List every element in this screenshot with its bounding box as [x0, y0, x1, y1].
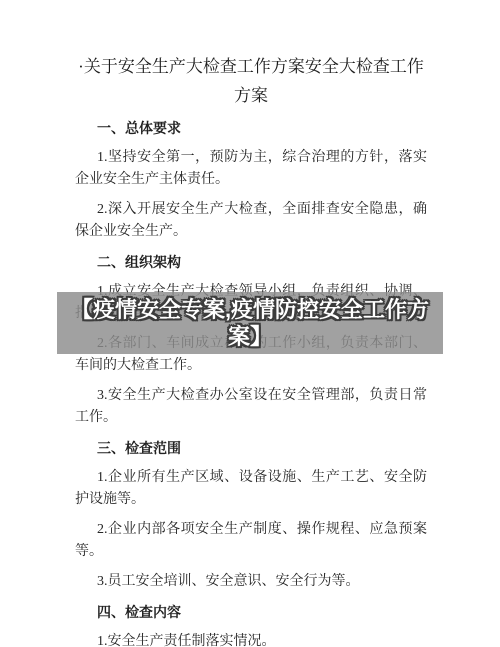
section-heading: 一、总体要求: [75, 117, 427, 139]
paragraph: 3.安全生产大检查办公室设在安全管理部，负责日常工作。: [75, 385, 427, 429]
paragraph: 1.坚持安全第一，预防为主，综合治理的方针，落实企业安全生产主体责任。: [75, 147, 427, 191]
section-heading: 二、组织架构: [75, 251, 427, 273]
paragraph: 1.安全生产责任制落实情况。: [75, 631, 427, 647]
watermark-overlay-band: 【疫情安全专案,疫情防控安全工作方案】: [57, 292, 443, 354]
document-page: ·关于安全生产大检查工作方案安全大检查工作方案 一、总体要求 1.坚持安全第一，…: [0, 0, 500, 647]
paragraph: 1.企业所有生产区域、设备设施、生产工艺、安全防护设施等。: [75, 467, 427, 511]
section-overall-requirements: 一、总体要求 1.坚持安全第一，预防为主，综合治理的方针，落实企业安全生产主体责…: [75, 117, 427, 243]
document-title: ·关于安全生产大检查工作方案安全大检查工作方案: [72, 52, 430, 110]
paragraph: 3.员工安全培训、安全意识、安全行为等。: [75, 571, 427, 593]
paragraph: 2.企业内部各项安全生产制度、操作规程、应急预案等。: [75, 519, 427, 563]
section-inspection-scope: 三、检查范围 1.企业所有生产区域、设备设施、生产工艺、安全防护设施等。 2.企…: [75, 437, 427, 593]
watermark-text: 【疫情安全专案,疫情防控安全工作方案】: [57, 296, 443, 350]
section-heading: 四、检查内容: [75, 601, 427, 623]
section-inspection-content: 四、检查内容 1.安全生产责任制落实情况。: [75, 601, 427, 647]
section-heading: 三、检查范围: [75, 437, 427, 459]
paragraph: 2.深入开展安全生产大检查，全面排查安全隐患，确保企业安全生产。: [75, 199, 427, 243]
